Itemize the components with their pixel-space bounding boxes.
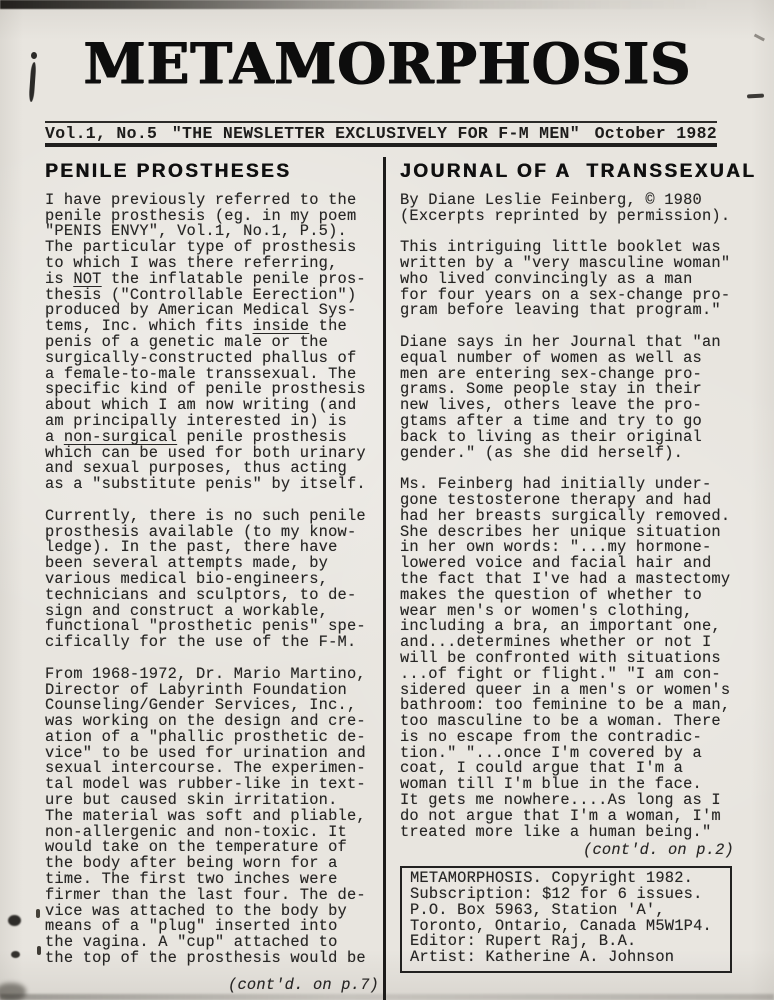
continued-note: (cont'd. on p.2): [400, 843, 736, 859]
paragraph: Diane says in her Journal that "an equal…: [400, 335, 736, 461]
paragraph: I have previously referred to the penile…: [45, 193, 381, 493]
scan-bottom-band: [0, 994, 774, 1000]
paragraph: From 1968-1972, Dr. Mario Martino, Direc…: [45, 667, 381, 967]
issue-date: October 1982: [595, 124, 717, 143]
text-run: the penis of a genetic male or the surgi…: [45, 317, 366, 446]
newsletter-page: METAMORPHOSIS Vol.1, No.5 "THE NEWSLETTE…: [0, 0, 774, 1000]
paragraph: This intriguing little booklet was writt…: [400, 240, 736, 319]
ink-blot: [8, 915, 21, 926]
volume-issue: Vol.1, No.5: [45, 124, 157, 143]
newsletter-title: METAMORPHOSIS: [0, 34, 774, 96]
masthead-rule-bottom: [45, 143, 717, 147]
publication-info-box: METAMORPHOSIS. Copyright 1982. Subscript…: [400, 866, 732, 973]
ink-blot: [11, 951, 20, 958]
ink-blot: [36, 909, 40, 918]
article-heading: JOURNAL OF A TRANSSEXUAL: [400, 164, 736, 180]
continued-note: (cont'd. on p.7): [45, 978, 381, 994]
publication-info-text: METAMORPHOSIS. Copyright 1982. Subscript…: [410, 871, 722, 966]
article-journal-of-a-transsexual: JOURNAL OF A TRANSSEXUAL By Diane Leslie…: [400, 164, 736, 973]
scan-top-band: [0, 0, 774, 9]
byline: By Diane Leslie Feinberg, © 1980 (Excerp…: [400, 193, 736, 225]
corner-smudge: [0, 983, 26, 1000]
ink-blot: [37, 946, 41, 955]
tagline: "THE NEWSLETTER EXCLUSIVELY FOR F-M MEN": [172, 124, 580, 143]
column-divider: [383, 157, 386, 1000]
article-penile-prostheses: PENILE PROSTHESES I have previously refe…: [45, 164, 381, 994]
masthead-info-row: Vol.1, No.5 "THE NEWSLETTER EXCLUSIVELY …: [45, 124, 717, 143]
article-heading: PENILE PROSTHESES: [45, 164, 381, 180]
masthead-rule-top: [45, 121, 717, 123]
paragraph: Ms. Feinberg had initially under- gone t…: [400, 477, 736, 840]
paragraph: Currently, there is no such penile prost…: [45, 509, 381, 651]
